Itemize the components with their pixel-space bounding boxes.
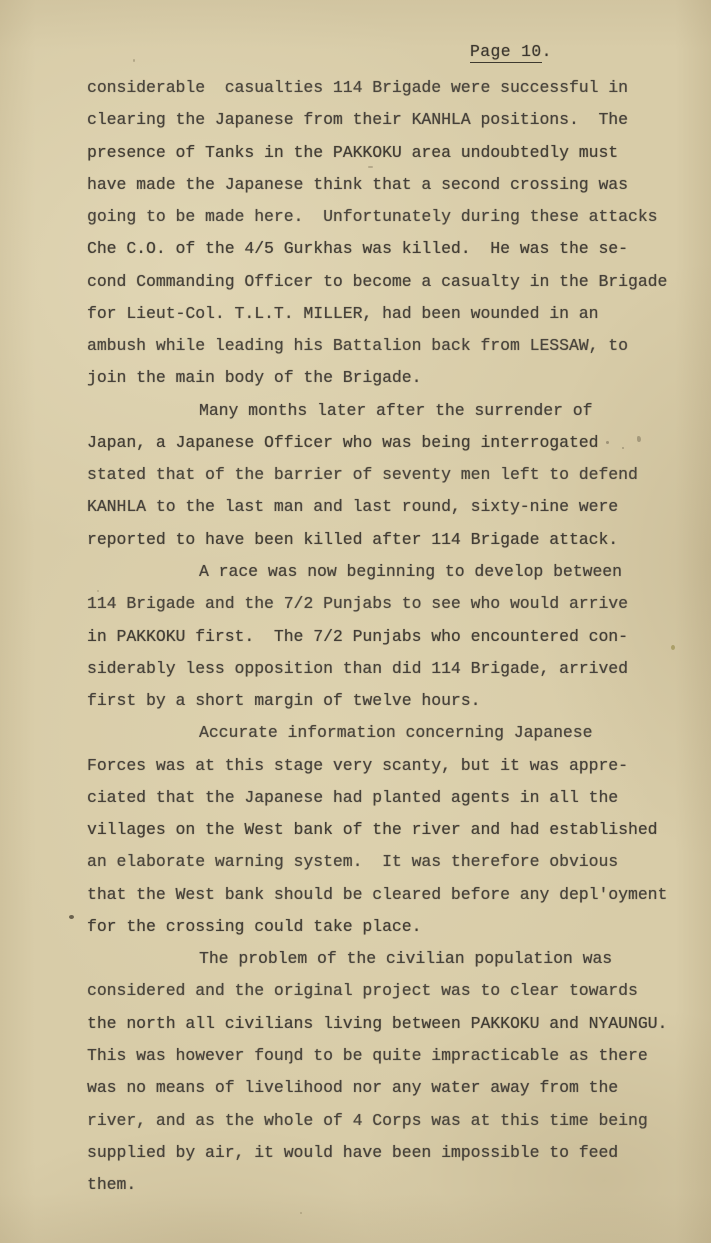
paper-speck [133, 59, 135, 62]
text-line: stated that of the barrier of seventy me… [87, 459, 687, 491]
faint-type-mark [637, 436, 641, 442]
text-line-paragraph-start: A race was now beginning to develop betw… [87, 556, 687, 588]
paper-speck [300, 1212, 302, 1214]
text-line-paragraph-start: Many months later after the surrender of [87, 395, 687, 427]
text-line: Japan, a Japanese Officer who was being … [87, 427, 687, 459]
page-number-period: . [542, 42, 552, 61]
text-line: KANHLA to the last man and last round, s… [87, 491, 687, 523]
text-line: that the West bank should be cleared bef… [87, 879, 687, 911]
page-header: Page 10. [470, 42, 552, 61]
text-line-paragraph-start: The problem of the civilian population w… [87, 943, 687, 975]
text-line: them. [87, 1169, 687, 1201]
text-line: have made the Japanese think that a seco… [87, 169, 687, 201]
text-line: clearing the Japanese from their KANHLA … [87, 104, 687, 136]
faint-type-mark [622, 447, 624, 449]
text-line: Forces was at this stage very scanty, bu… [87, 750, 687, 782]
faint-type-mark [606, 441, 609, 444]
text-line: presence of Tanks in the PAKKOKU area un… [87, 137, 687, 169]
text-line: supplied by air, it would have been impo… [87, 1137, 687, 1169]
text-line: considered and the original project was … [87, 975, 687, 1007]
page-number-label: Page 10 [470, 42, 542, 63]
text-line: join the main body of the Brigade. [87, 362, 687, 394]
text-line: Che C.O. of the 4/5 Gurkhas was killed. … [87, 233, 687, 265]
text-line: going to be made here. Unfortunately dur… [87, 201, 687, 233]
ink-speck [69, 915, 74, 919]
text-line: ambush while leading his Battalion back … [87, 330, 687, 362]
text-line: river, and as the whole of 4 Corps was a… [87, 1105, 687, 1137]
paper-speck [368, 166, 373, 168]
paper-speck [573, 247, 575, 249]
text-line: ciated that the Japanese had planted age… [87, 782, 687, 814]
text-line: the north all civilians living between P… [87, 1008, 687, 1040]
text-line: for Lieut-Col. T.L.T. MILLER, had been w… [87, 298, 687, 330]
scanned-document-page: Page 10. considerable casualties 114 Bri… [0, 0, 711, 1243]
text-line: This was however fouŋd to be quite impra… [87, 1040, 687, 1072]
document-body: considerable casualties 114 Brigade were… [87, 72, 687, 1201]
text-line-paragraph-start: Accurate information concerning Japanese [87, 717, 687, 749]
text-line: reported to have been killed after 114 B… [87, 524, 687, 556]
text-line: an elaborate warning system. It was ther… [87, 846, 687, 878]
paper-speck [671, 645, 675, 650]
text-line: villages on the West bank of the river a… [87, 814, 687, 846]
paper-speck [512, 862, 514, 865]
text-line: for the crossing could take place. [87, 911, 687, 943]
text-line: in PAKKOKU first. The 7/2 Punjabs who en… [87, 621, 687, 653]
text-line: first by a short margin of twelve hours. [87, 685, 687, 717]
text-line: was no means of livelihood nor any water… [87, 1072, 687, 1104]
text-line: considerable casualties 114 Brigade were… [87, 72, 687, 104]
text-line: 114 Brigade and the 7/2 Punjabs to see w… [87, 588, 687, 620]
text-line: siderably less opposition than did 114 B… [87, 653, 687, 685]
paper-speck [97, 590, 99, 592]
text-line: cond Commanding Officer to become a casu… [87, 266, 687, 298]
